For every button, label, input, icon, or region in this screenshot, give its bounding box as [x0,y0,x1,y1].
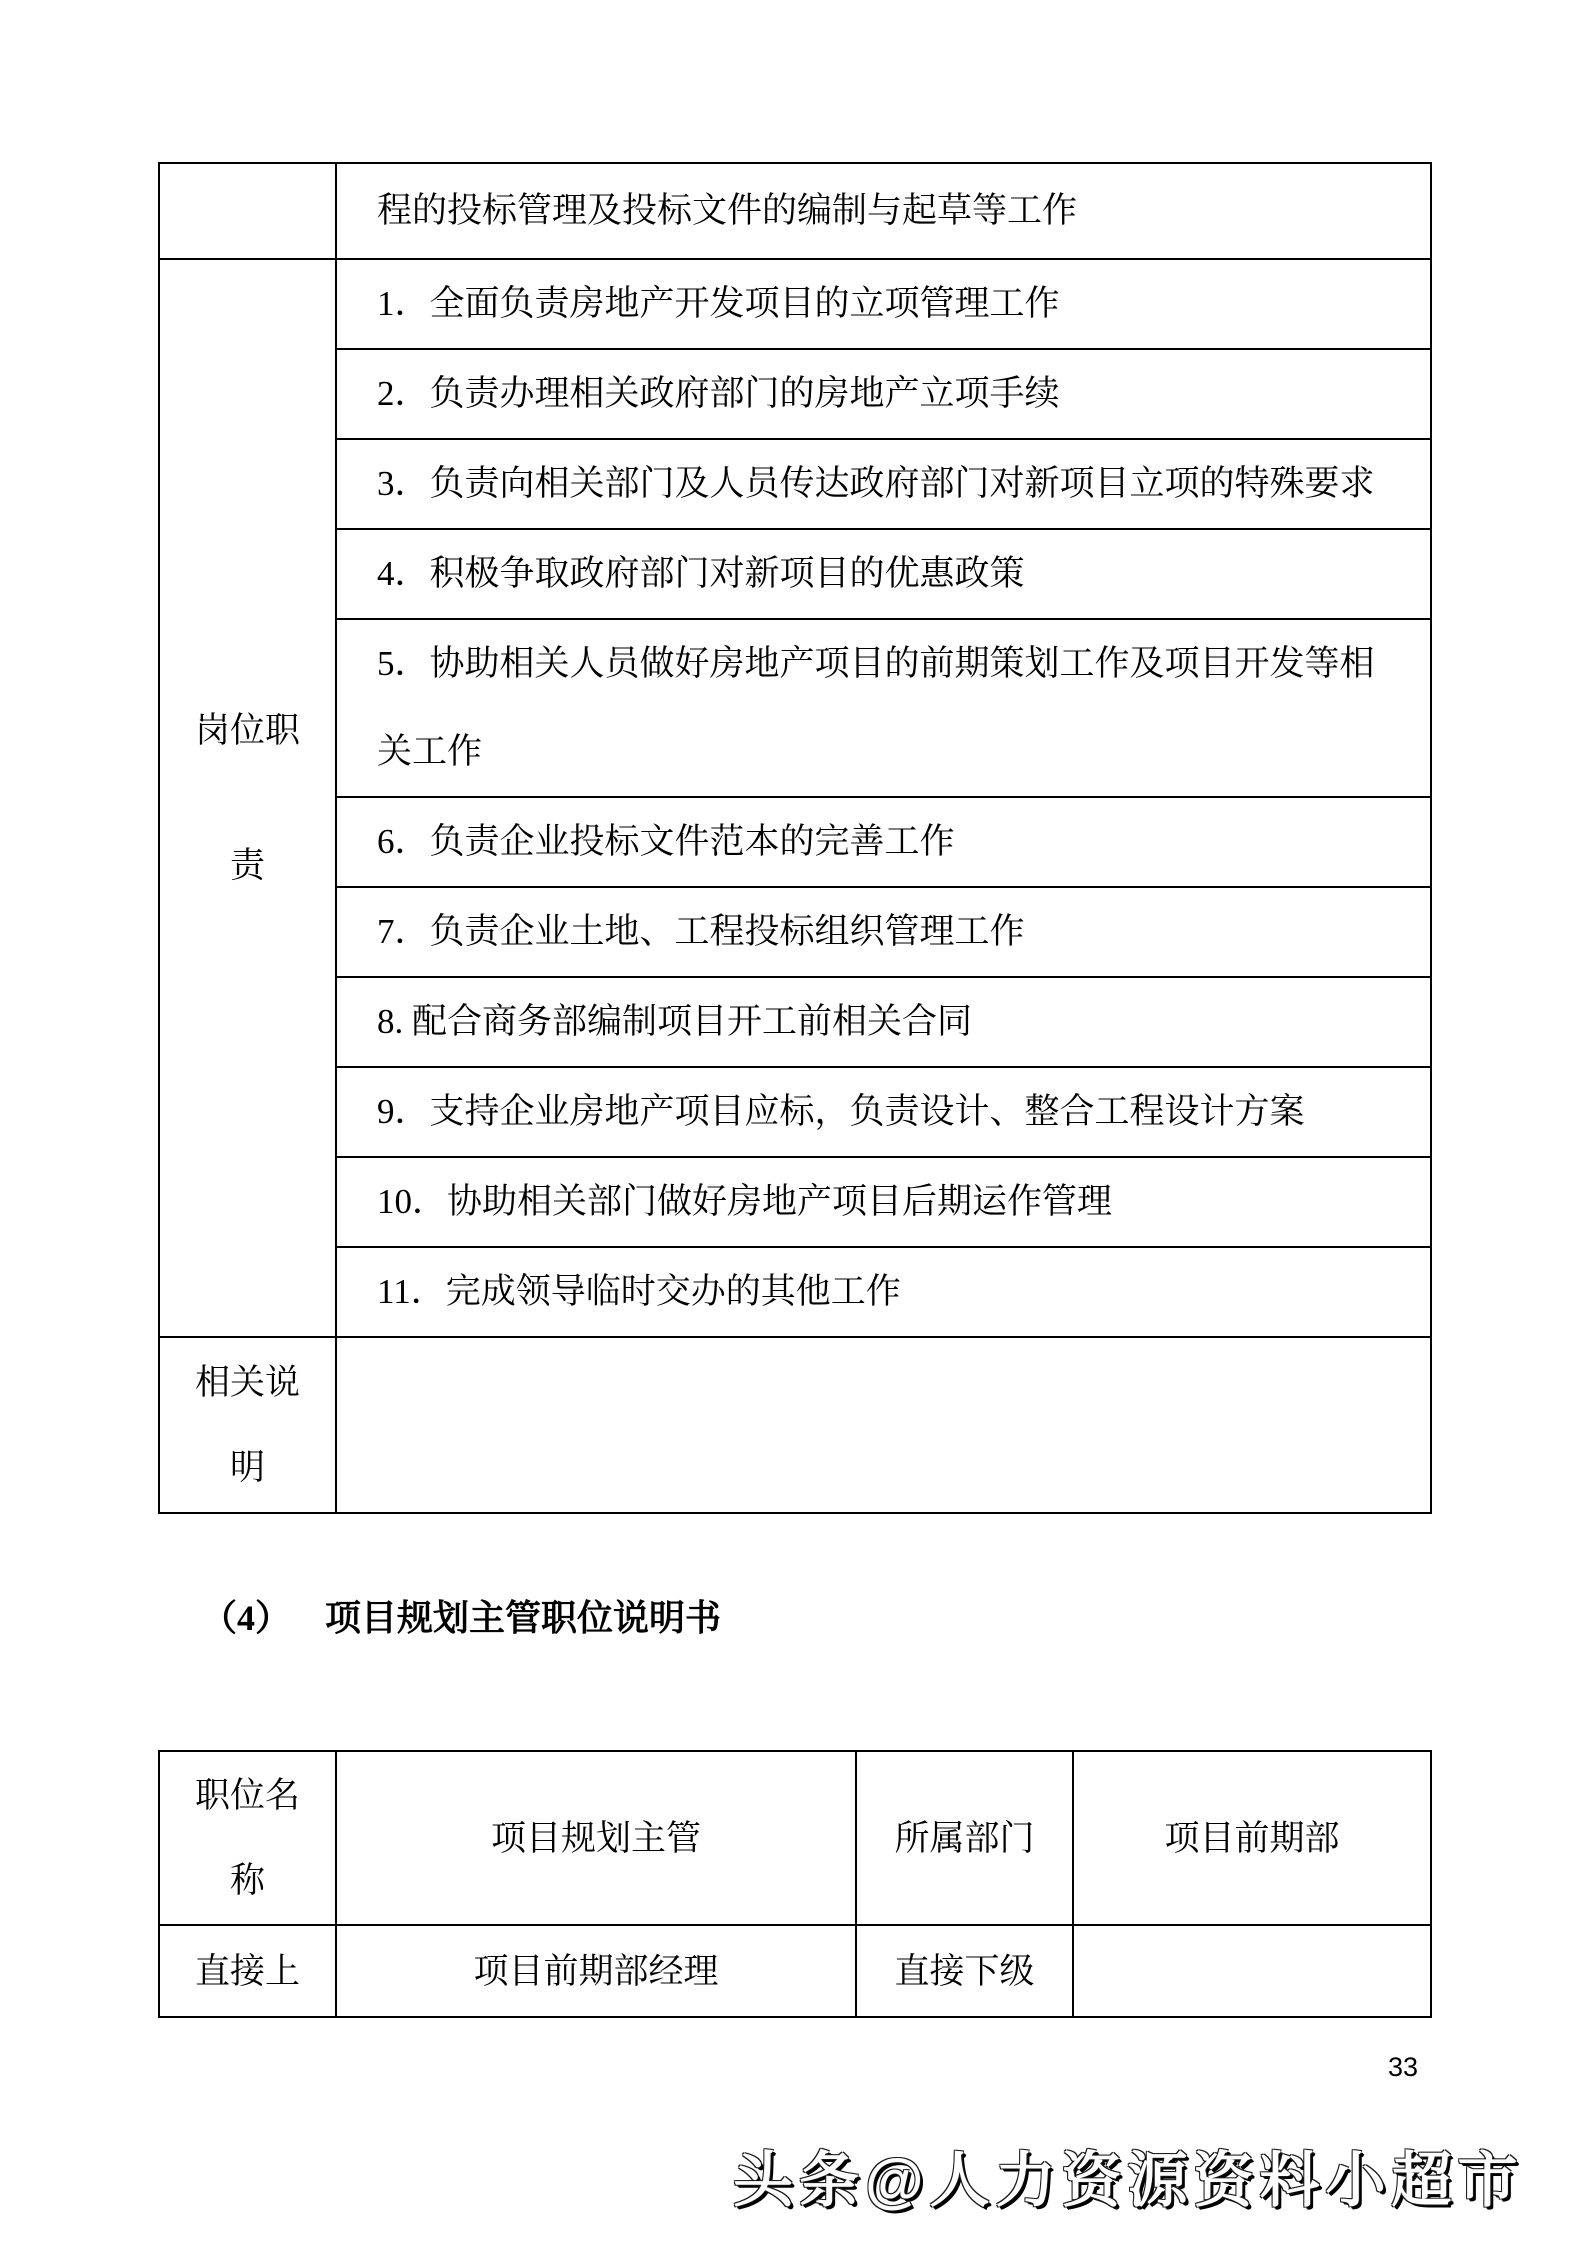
subordinate-label-cell: 直接下级 [856,1925,1073,2017]
section-title: 项目规划主管职位说明书 [325,1598,721,1638]
section-numeral: （4） [201,1598,291,1638]
duty-row: 5．协助相关人员做好房地产项目的前期策划工作及项目开发等相 关工作 [159,619,1431,797]
job-info-table: 职位名 称 项目规划主管 所属部门 项目前期部 直接上 项目前期部经理 直接下级 [158,1750,1432,2018]
duty-row: 8. 配合商务部编制项目开工前相关合同 [159,977,1431,1067]
duty-item: 8. 配合商务部编制项目开工前相关合同 [336,977,1431,1067]
duty-item: 1．全面负责房地产开发项目的立项管理工作 [336,259,1431,349]
reporting-row: 直接上 项目前期部经理 直接下级 [159,1925,1431,2017]
note-row: 相关说 明 [159,1337,1431,1513]
duty-row: 6．负责企业投标文件范本的完善工作 [159,797,1431,887]
duty-row: 7．负责企业土地、工程投标组织管理工作 [159,887,1431,977]
position-name-label-cell: 职位名 称 [159,1751,336,1925]
empty-label-cell [159,163,336,259]
duty-item: 7．负责企业土地、工程投标组织管理工作 [336,887,1431,977]
duty-row: 岗位职 责 1．全面负责房地产开发项目的立项管理工作 [159,259,1431,349]
duty-item: 2．负责办理相关政府部门的房地产立项手续 [336,349,1431,439]
subordinate-value-cell [1073,1925,1431,2017]
department-label-cell: 所属部门 [856,1751,1073,1925]
page-number: 33 [1388,2052,1418,2082]
position-name-value-cell: 项目规划主管 [336,1751,856,1925]
duty-row: 9．支持企业房地产项目应标，负责设计、整合工程设计方案 [159,1067,1431,1157]
continuation-row: 程的投标管理及投标文件的编制与起草等工作 [159,163,1431,259]
duty-item: 3．负责向相关部门及人员传达政府部门对新项目立项的特殊要求 [336,439,1431,529]
watermark: 头条@人力资源资料小超市 [733,2148,1524,2214]
duty-row: 11．完成领导临时交办的其他工作 [159,1247,1431,1337]
superior-label-cell: 直接上 [159,1925,336,2017]
duty-item: 6．负责企业投标文件范本的完善工作 [336,797,1431,887]
position-name-row: 职位名 称 项目规划主管 所属部门 项目前期部 [159,1751,1431,1925]
duty-item: 10．协助相关部门做好房地产项目后期运作管理 [336,1157,1431,1247]
job-duties-table: 程的投标管理及投标文件的编制与起草等工作 岗位职 责 1．全面负责房地产开发项目… [158,162,1432,1514]
document-page: 程的投标管理及投标文件的编制与起草等工作 岗位职 责 1．全面负责房地产开发项目… [0,0,1587,2245]
duty-label-cell: 岗位职 责 [159,259,336,1337]
duty-item: 9．支持企业房地产项目应标，负责设计、整合工程设计方案 [336,1067,1431,1157]
section-heading: （4）项目规划主管职位说明书 [201,1598,721,1638]
duty-row: 10．协助相关部门做好房地产项目后期运作管理 [159,1157,1431,1247]
duty-row: 2．负责办理相关政府部门的房地产立项手续 [159,349,1431,439]
duty-row: 3．负责向相关部门及人员传达政府部门对新项目立项的特殊要求 [159,439,1431,529]
duty-item: 5．协助相关人员做好房地产项目的前期策划工作及项目开发等相 关工作 [336,619,1431,797]
continuation-text: 程的投标管理及投标文件的编制与起草等工作 [336,163,1431,259]
duty-item: 4．积极争取政府部门对新项目的优惠政策 [336,529,1431,619]
superior-value-cell: 项目前期部经理 [336,1925,856,2017]
note-label-cell: 相关说 明 [159,1337,336,1513]
duty-row: 4．积极争取政府部门对新项目的优惠政策 [159,529,1431,619]
note-value-cell [336,1337,1431,1513]
duty-item: 11．完成领导临时交办的其他工作 [336,1247,1431,1337]
department-value-cell: 项目前期部 [1073,1751,1431,1925]
